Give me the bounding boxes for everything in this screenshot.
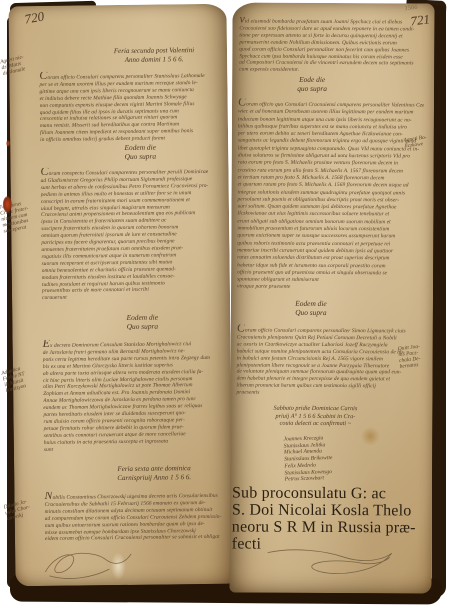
left-page-pen-flourish [39, 545, 135, 584]
ink-stain [360, 427, 380, 445]
right-paragraph-3: Coram officio Consulari comparens person… [236, 325, 422, 398]
red-ink-speck [6, 140, 10, 146]
right-section-heading-1: Eode die quo supra [232, 74, 392, 93]
left-paragraph-2: Coram conspectu Consulari comparentes pe… [40, 166, 230, 303]
right-margin-note-2: Quitt Joa- nis Pacz- chala De- bernatoz [398, 341, 450, 370]
left-page-number: 720 [23, 9, 45, 28]
book-binding-edge-right [432, 5, 446, 597]
proconsul-colophon: Sub proconsulatu G: ac S. Doi Nicolai Ko… [232, 484, 432, 553]
right-section-heading-2: Eodem die Quo supra [231, 298, 391, 317]
left-paragraph-3: Ex decreto Dominorum Consulum Stanislao … [43, 338, 232, 454]
left-date-heading: Feria secunda post Valentini Anno domini… [69, 46, 239, 66]
right-paragraph-2: Coram officio quo Consulari Cracouiensi … [237, 99, 424, 292]
right-year-mark: 1566 [404, 4, 418, 13]
left-section-heading-3: Eodem die Quo supra [57, 312, 227, 332]
right-paragraph-1: vid eiusmodi bombarda praefatum suam Joa… [239, 16, 425, 75]
left-page: 720 Feria secunda post Valentini Anno do… [8, 4, 233, 587]
colophon-pen-flourish [264, 547, 396, 580]
left-paragraph-4: Nobilis Constantinus Chorczowskj uigesim… [44, 490, 237, 544]
left-section-heading-2: Eodem die Quo supra [55, 142, 225, 162]
left-paragraph-1: Coram officio Consulari comparens person… [39, 70, 228, 144]
left-section-heading-4: Feria sexta ante dominica Carnispriuij A… [69, 464, 239, 484]
scabini-election-heading: Sabbato pridie Dominicae Carnis priuij A… [240, 405, 390, 429]
red-wax-spot [3, 196, 12, 212]
right-page: 1566 721 vid eiusmodi bombarda praefatum… [229, 2, 434, 593]
